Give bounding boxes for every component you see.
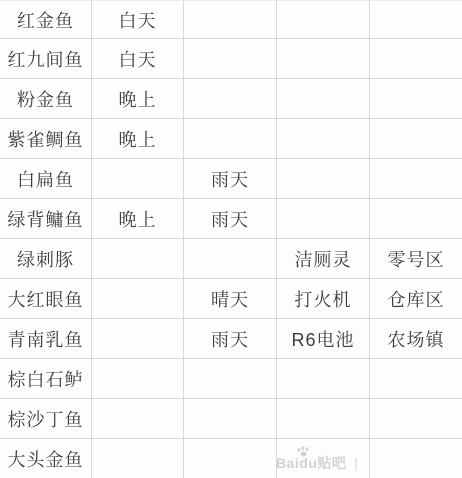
- table-cell: [370, 199, 462, 238]
- table-cell: [184, 1, 277, 38]
- watermark-separator: |: [354, 455, 358, 471]
- table-cell: 晚上: [92, 79, 184, 118]
- table-cell: 洁厕灵: [277, 239, 370, 278]
- table-cell: [370, 119, 462, 158]
- table-cell: [184, 239, 277, 278]
- table-cell: [277, 159, 370, 198]
- table-row: 白扁鱼雨天: [0, 159, 462, 199]
- table-row: 绿背鳙鱼晚上雨天: [0, 199, 462, 239]
- table-cell: [92, 239, 184, 278]
- paw-print-icon: [296, 446, 312, 458]
- table-cell: [277, 359, 370, 398]
- table-cell: [92, 319, 184, 358]
- table-cell: 仓库区: [370, 279, 462, 318]
- table-cell: [184, 39, 277, 78]
- table-row: 红九间鱼白天: [0, 39, 462, 79]
- table-cell: [184, 399, 277, 438]
- table-cell: 绿背鳙鱼: [0, 199, 92, 238]
- table-row: 紫雀鲷鱼晚上: [0, 119, 462, 159]
- table-cell: [277, 1, 370, 38]
- table-cell: 雨天: [184, 159, 277, 198]
- table-cell: [92, 359, 184, 398]
- table-cell: 大头金鱼: [0, 439, 92, 478]
- table-row: 大红眼鱼晴天打火机仓库区: [0, 279, 462, 319]
- table-cell: 晚上: [92, 199, 184, 238]
- table-cell: [92, 439, 184, 478]
- table-cell: 粉金鱼: [0, 79, 92, 118]
- table-cell: 打火机: [277, 279, 370, 318]
- table-cell: [277, 79, 370, 118]
- table-cell: [370, 159, 462, 198]
- table-cell: 零号区: [370, 239, 462, 278]
- table-row: 棕白石鲈: [0, 359, 462, 399]
- table-cell: [370, 39, 462, 78]
- table-cell: 农场镇: [370, 319, 462, 358]
- table-cell: R6电池: [277, 319, 370, 358]
- table-cell: [184, 79, 277, 118]
- table-cell: 雨天: [184, 319, 277, 358]
- table-cell: 白天: [92, 1, 184, 38]
- table-cell: 红九间鱼: [0, 39, 92, 78]
- table-cell: [370, 359, 462, 398]
- table-cell: [370, 1, 462, 38]
- table-cell: [92, 279, 184, 318]
- table-cell: [370, 79, 462, 118]
- table-row: 棕沙丁鱼: [0, 399, 462, 439]
- table-cell: [277, 39, 370, 78]
- table-cell: 晴天: [184, 279, 277, 318]
- table-cell: 雨天: [184, 199, 277, 238]
- fish-table: 红金鱼白天红九间鱼白天粉金鱼晚上紫雀鲷鱼晚上白扁鱼雨天绿背鳙鱼晚上雨天绿刺豚洁厕…: [0, 0, 462, 478]
- table-cell: [277, 199, 370, 238]
- table-cell: [184, 359, 277, 398]
- table-cell: 棕白石鲈: [0, 359, 92, 398]
- table-cell: 白扁鱼: [0, 159, 92, 198]
- table-cell: 红金鱼: [0, 1, 92, 38]
- table-cell: [184, 439, 277, 478]
- table-cell: [277, 119, 370, 158]
- table-row: 粉金鱼晚上: [0, 79, 462, 119]
- table-cell: [92, 159, 184, 198]
- table-row: 大头金鱼: [0, 439, 462, 478]
- table-cell: 青南乳鱼: [0, 319, 92, 358]
- table-cell: 大红眼鱼: [0, 279, 92, 318]
- table-cell: 紫雀鲷鱼: [0, 119, 92, 158]
- table-cell: 晚上: [92, 119, 184, 158]
- table-cell: [277, 399, 370, 438]
- table-cell: [370, 399, 462, 438]
- table-cell: [184, 119, 277, 158]
- table-cell: 绿刺豚: [0, 239, 92, 278]
- table-cell: [370, 439, 462, 478]
- table-cell: [92, 399, 184, 438]
- table-row: 青南乳鱼雨天R6电池农场镇: [0, 319, 462, 359]
- table-cell: 白天: [92, 39, 184, 78]
- baidu-tieba-watermark: Baidu贴吧 |: [276, 452, 359, 474]
- table-row: 红金鱼白天: [0, 1, 462, 39]
- table-row: 绿刺豚洁厕灵零号区: [0, 239, 462, 279]
- table-cell: 棕沙丁鱼: [0, 399, 92, 438]
